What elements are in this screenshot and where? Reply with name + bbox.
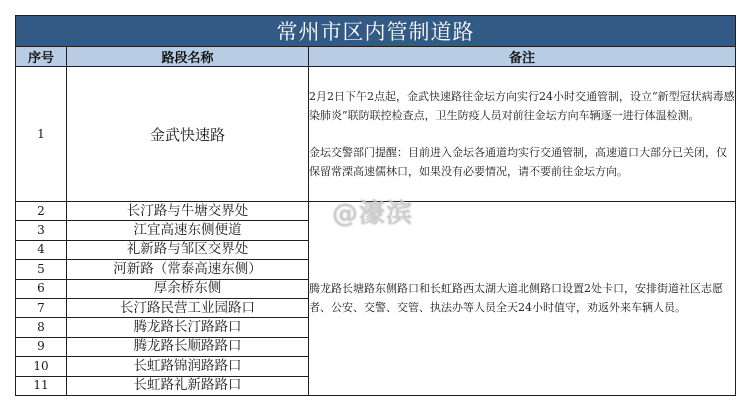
road-name: 金武快速路 [67,67,309,202]
page: 常州市区内管制道路 序号 路段名称 备注 1 金武快速路 2月2日下午2点起，金… [0,0,750,419]
header-row: 序号 路段名称 备注 [16,47,736,67]
road-name: 长虹路礼新路路口 [67,376,309,395]
note-paragraph: 2月2日下午2点起，金武快速路往金坛方向实行24小时交通管制，设立“新型冠状病毒… [309,87,735,125]
road-name: 腾龙路长汀路路口 [67,318,309,337]
road-name: 礼新路与邹区交界处 [67,240,309,259]
note-paragraph: 腾龙路长塘路东侧路口和长虹路西太湖大道北侧路口设置2处卡口，安排街道社区志愿者、… [309,279,735,317]
row-number: 9 [16,337,67,356]
note-cell: 2月2日下午2点起，金武快速路往金坛方向实行24小时交通管制，设立“新型冠状病毒… [309,67,736,202]
table-title: 常州市区内管制道路 [16,16,736,47]
row-number: 1 [16,67,67,202]
road-name: 长虹路锦润路路口 [67,357,309,376]
row-number: 8 [16,318,67,337]
road-name: 厚余桥东侧 [67,279,309,298]
header-road-name: 路段名称 [67,47,309,67]
road-name: 河新路（常泰高速东侧） [67,260,309,279]
row-number: 7 [16,298,67,317]
row-number: 2 [16,202,67,221]
row-number: 6 [16,279,67,298]
road-name: 长汀路民营工业园路口 [67,298,309,317]
row-number: 4 [16,240,67,259]
table-row: 2 长汀路与牛塘交界处 腾龙路长塘路东侧路口和长虹路西太湖大道北侧路口设置2处卡… [16,202,736,221]
row-number: 3 [16,221,67,240]
road-name: 江宜高速东侧便道 [67,221,309,240]
header-note: 备注 [309,47,736,67]
header-no: 序号 [16,47,67,67]
row-number: 10 [16,357,67,376]
controlled-roads-table: 常州市区内管制道路 序号 路段名称 备注 1 金武快速路 2月2日下午2点起，金… [15,15,736,396]
title-row: 常州市区内管制道路 [16,16,736,47]
table-row: 1 金武快速路 2月2日下午2点起，金武快速路往金坛方向实行24小时交通管制，设… [16,67,736,202]
note-cell-merged: 腾龙路长塘路东侧路口和长虹路西太湖大道北侧路口设置2处卡口，安排街道社区志愿者、… [309,202,736,396]
road-name: 长汀路与牛塘交界处 [67,202,309,221]
road-name: 腾龙路长顺路路口 [67,337,309,356]
note-paragraph: 金坛交警部门提醒：目前进入金坛各通道均实行交通管制，高速道口大部分已关闭，仅保留… [309,143,735,181]
row-number: 5 [16,260,67,279]
row-number: 11 [16,376,67,395]
